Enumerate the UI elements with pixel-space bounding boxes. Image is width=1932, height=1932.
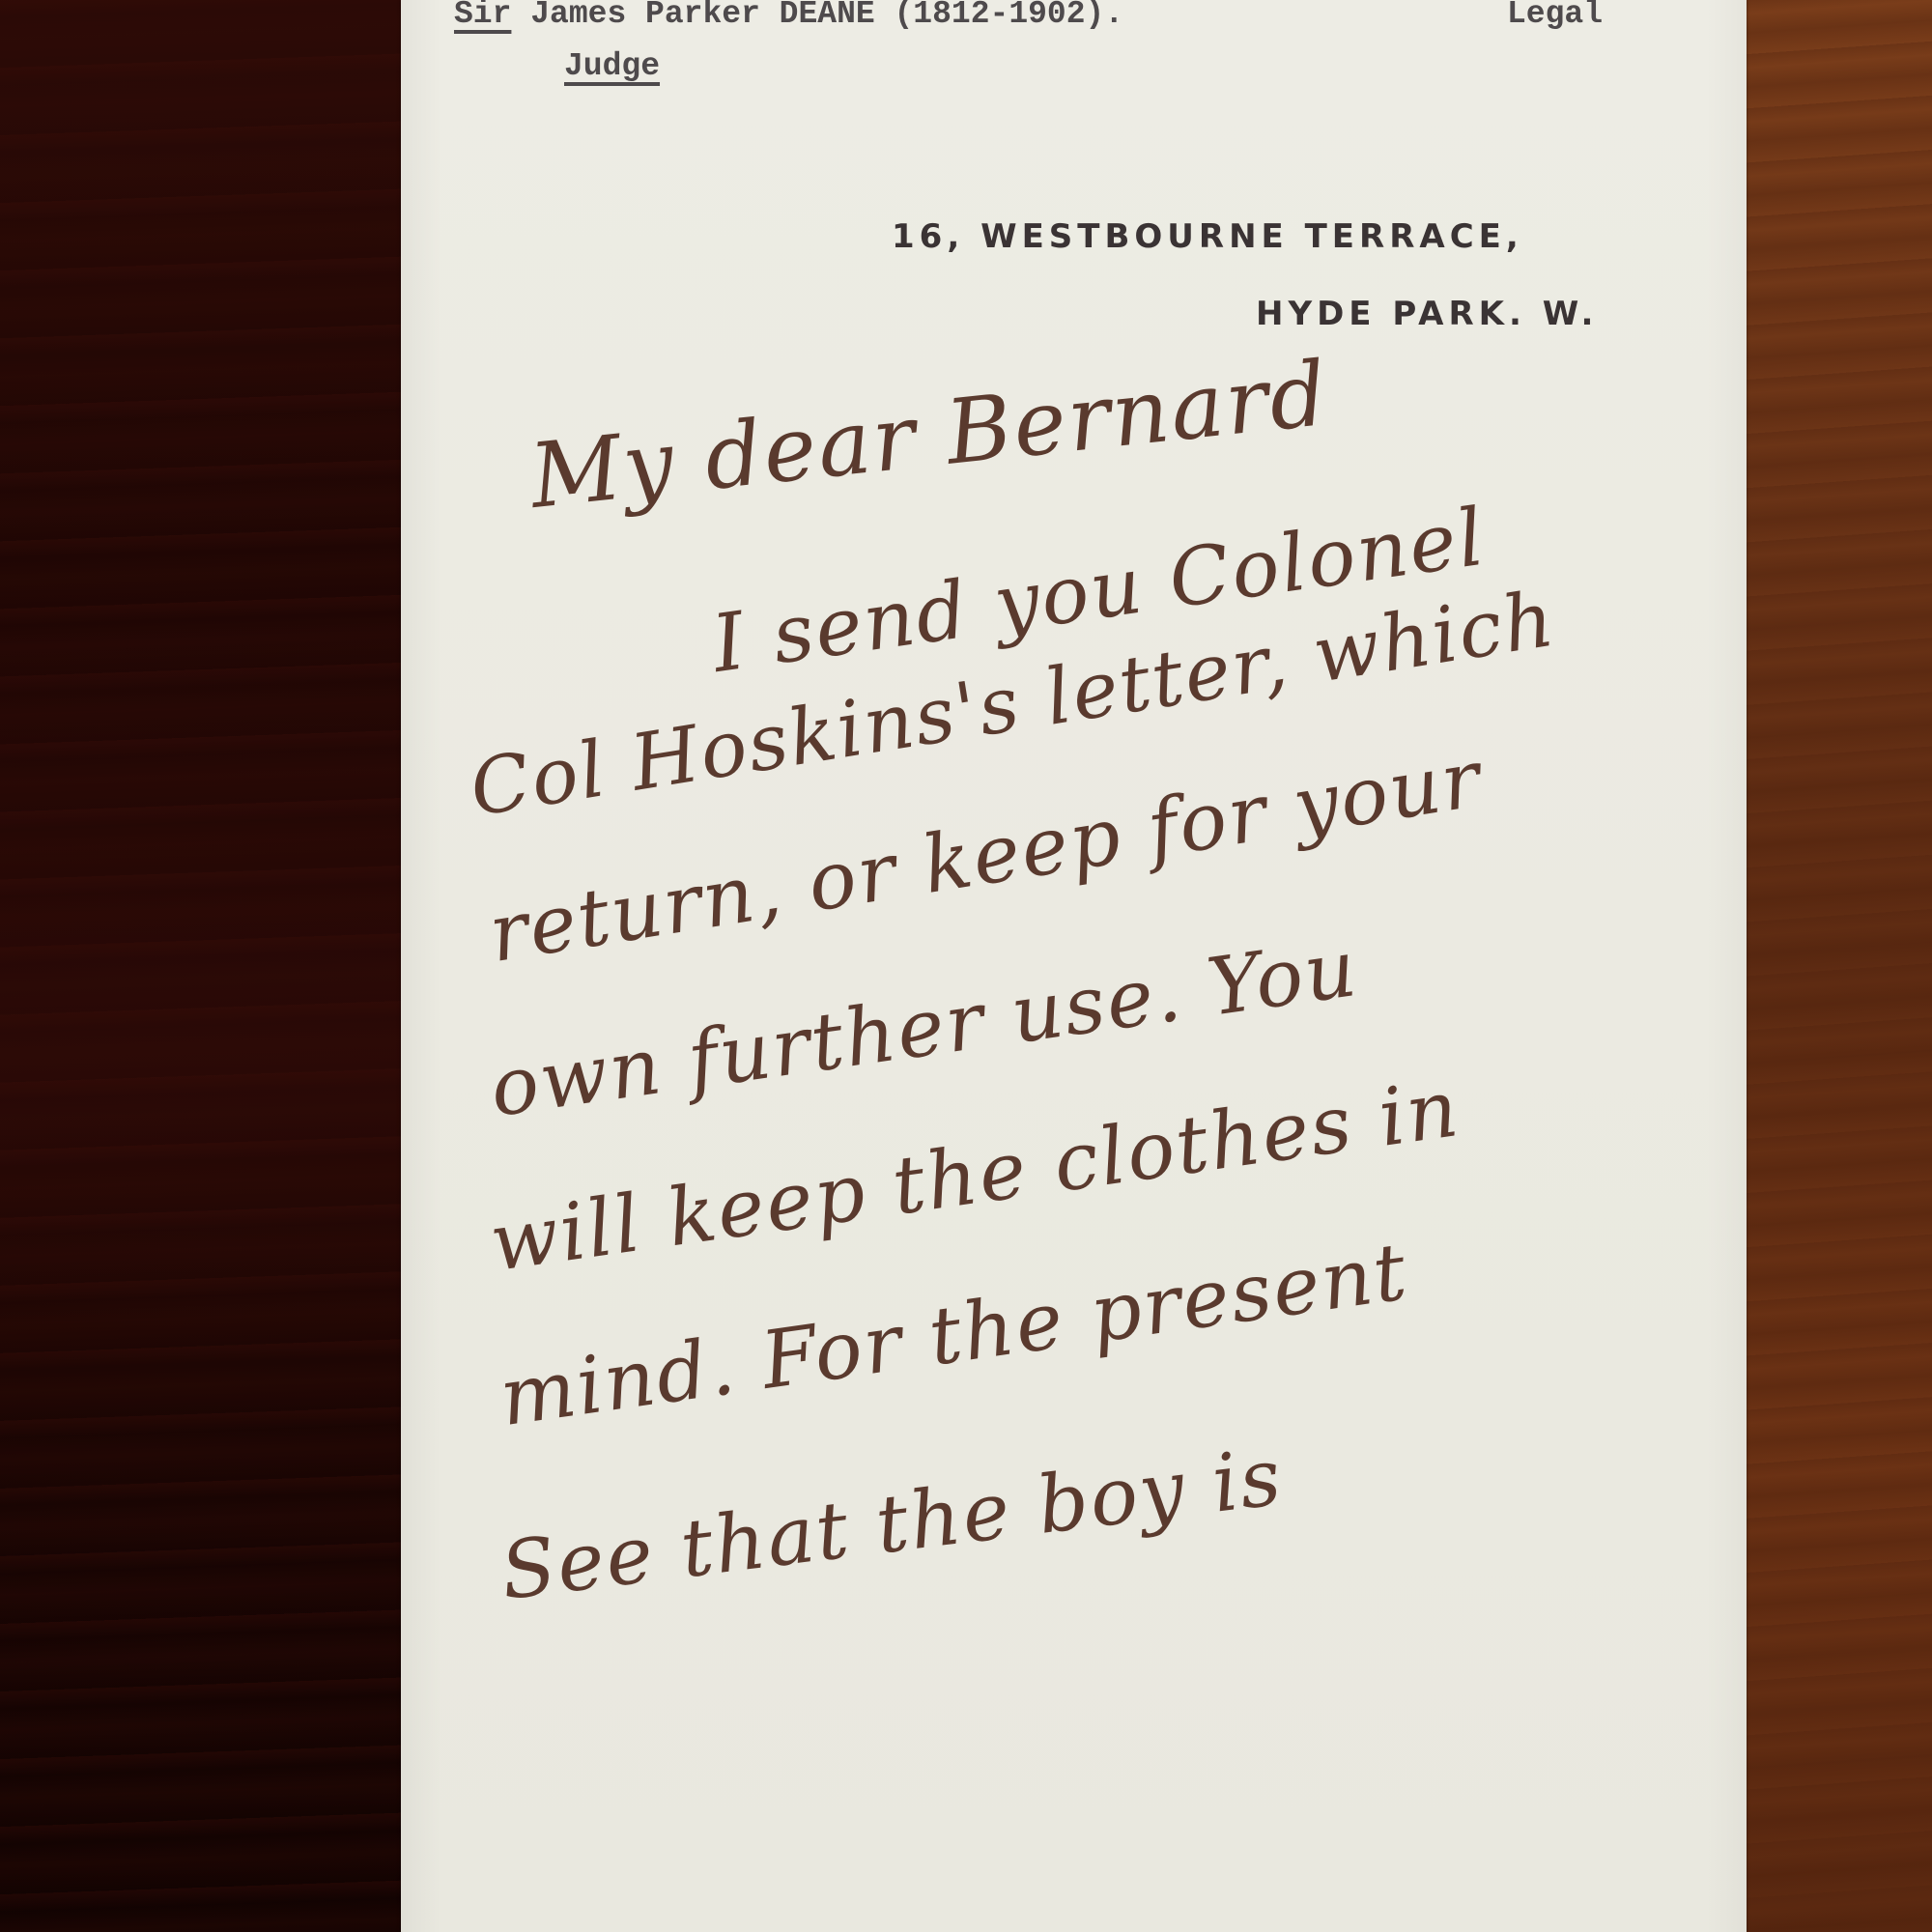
archive-label-title: Sir (454, 0, 511, 32)
letter-sheet: Sir James Parker DEANE (1812-1902). Lega… (401, 0, 1747, 1932)
wooden-table-left (0, 0, 401, 1932)
archive-label-name: James Parker DEANE (1812-1902). (530, 0, 1123, 32)
archive-label-role-line: Judge (564, 48, 660, 84)
archive-label-role: Judge (564, 48, 660, 84)
letterhead-address-line1: 16, WESTBOURNE TERRACE, (892, 217, 1523, 256)
archive-label-category: Legal (1507, 0, 1603, 32)
letterhead-address-line2: HYDE PARK. W. (1256, 295, 1598, 333)
letter-salutation: My dear Bernard (526, 342, 1333, 528)
archive-label-name-line: Sir James Parker DEANE (1812-1902). (454, 0, 1123, 32)
letter-line-7: See that the boy is (496, 1432, 1287, 1618)
wooden-table-right (1747, 0, 1932, 1932)
